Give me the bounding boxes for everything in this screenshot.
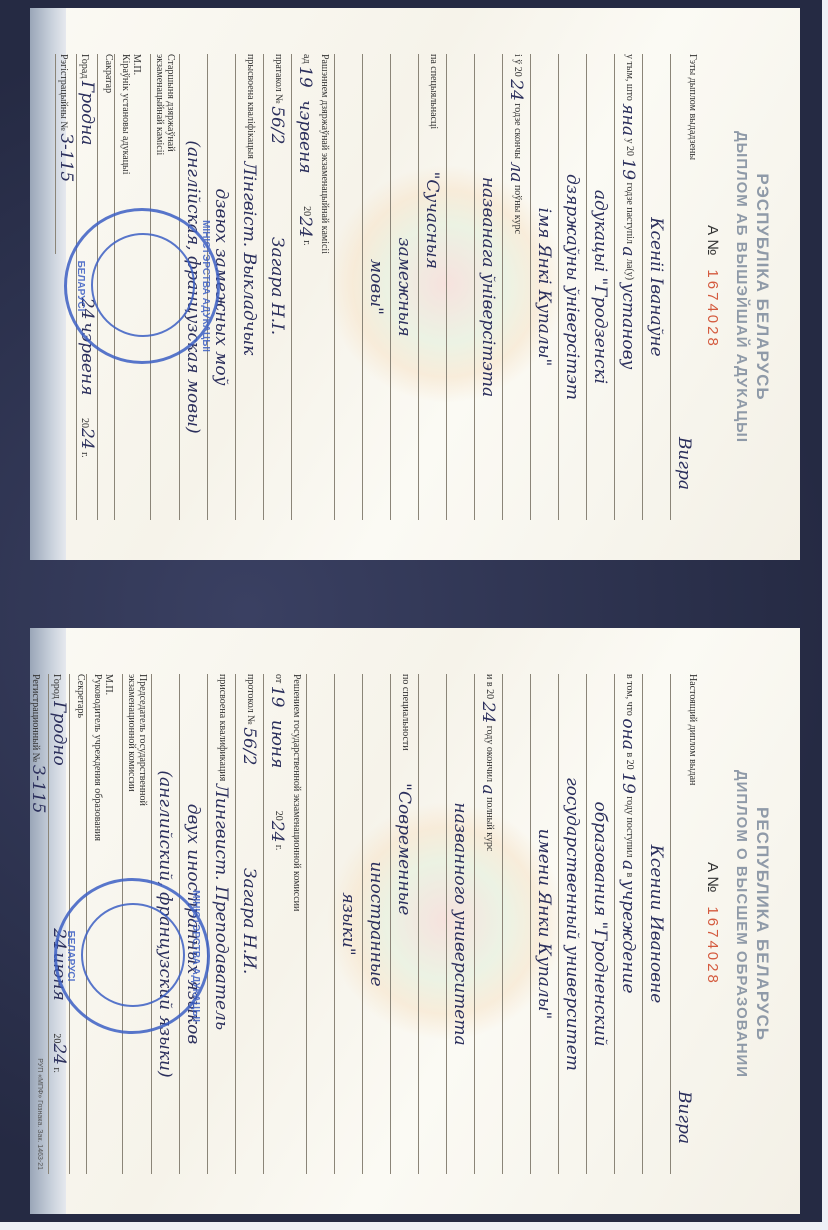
course-of-line: названага ўніверсітэта [474, 54, 502, 520]
course-of-line: названного университета [446, 674, 474, 1174]
blank-line [446, 54, 474, 520]
entered-line: у тым, што яна у 20 19 годзе паступіл а … [614, 54, 642, 520]
qualification-line: присвоена квалификация Лингвист. Препода… [207, 674, 235, 1174]
diploma-page-belarusian: РЭСПУБЛІКА БЕЛАРУСЬ ДЫПЛОМ АБ ВЫШЭЙШАЙ А… [30, 8, 800, 560]
institution-line: імя Янкі Купалы" [530, 54, 558, 520]
document-title: ДИПЛОМ О ВЫСШЕМ ОБРАЗОВАНИИ [733, 674, 750, 1174]
specialty-line: замежныя [390, 54, 418, 520]
diploma-cover: РЭСПУБЛІКА БЕЛАРУСЬ ДЫПЛОМ АБ ВЫШЭЙШАЙ А… [0, 0, 822, 1222]
protocol-line: пратакол № 56/2 Загара Н.І. [263, 54, 291, 520]
qualification-line: прысвоена кваліфікацыя Лінгвіст. Выкладч… [235, 54, 263, 520]
given-names-line: Ксеніі Іванаўне [642, 54, 670, 520]
diploma-page-russian: РЕСПУБЛИКА БЕЛАРУСЬ ДИПЛОМ О ВЫСШЕМ ОБРА… [30, 628, 800, 1214]
institution-line: дзяржаўны ўніверсітэт [558, 54, 586, 520]
registration-line: Рэгістрацыйны № З-115 [55, 54, 76, 254]
blank-line [306, 674, 334, 1174]
surname: Вигра [674, 437, 694, 490]
graduated-line: и в 20 24 году окончил а полный курс [474, 674, 502, 1174]
issued-to-line: Гэты дыплом выдадзены Вигра [670, 54, 698, 520]
country-title: РЕСПУБЛИКА БЕЛАРУСЬ [752, 674, 772, 1174]
specialty-line: по специальности "Современные [390, 674, 418, 1174]
given-names-line: Ксении Ивановне [642, 674, 670, 1174]
issued-to-line: Настоящий диплом выдан Вигра [670, 674, 698, 1174]
surname: Вигра [674, 1091, 694, 1144]
serial-number: А №1674028 [704, 674, 721, 1174]
institution-line: образования "Гродненский [586, 674, 614, 1174]
decision-date-line: от 19 июня 2024 г. [263, 674, 291, 1174]
institution-line: имени Янки Купалы" [530, 674, 558, 1174]
specialty-line: иностранные [362, 674, 390, 1174]
printer-note: РУП «МПФ» Гознака. Зак. 1463-21 [36, 1058, 43, 1170]
blank-line [334, 54, 362, 520]
registration-line: Регистрационный № З-115 [30, 674, 48, 894]
institution-line: государственный университет [558, 674, 586, 1174]
country-title: РЭСПУБЛІКА БЕЛАРУСЬ [752, 54, 772, 520]
decision-label: Решением государственной экзаменационной… [291, 674, 302, 1174]
decision-date-line: ад 19 чэрвеня 2024 г. [291, 54, 319, 520]
serial-number: А №1674028 [704, 54, 721, 520]
specialty-line: па спецыяльнасці "Сучасныя [418, 54, 446, 520]
protocol-line: протокол № 56/2 Загара Н.И. [235, 674, 263, 1174]
graduated-line: і ў 20 24 годзе скончы ла поўны курс [502, 54, 530, 520]
blank-line [418, 674, 446, 1174]
document-title: ДЫПЛОМ АБ ВЫШЭЙШАЙ АДУКАЦЫІ [733, 54, 750, 520]
specialty-line: мовы" [362, 54, 390, 520]
institution-line: адукацыі "Гродзенскі [586, 54, 614, 520]
official-stamp: МІНІСТЭРСТВА АДУКАЦЫІ БЕЛАРУСІ [64, 208, 220, 364]
specialty-line: языки" [334, 674, 362, 1174]
official-stamp: МІНІСТЭРСТВА АДУКАЦЫІ БЕЛАРУСІ [54, 878, 210, 1034]
entered-line: в том, что она в 20 19 году поступил а в… [614, 674, 642, 1174]
blank-line [502, 674, 530, 1174]
decision-label: Рашэннем дзяржаўнай экзаменацыйнай каміс… [319, 54, 330, 520]
